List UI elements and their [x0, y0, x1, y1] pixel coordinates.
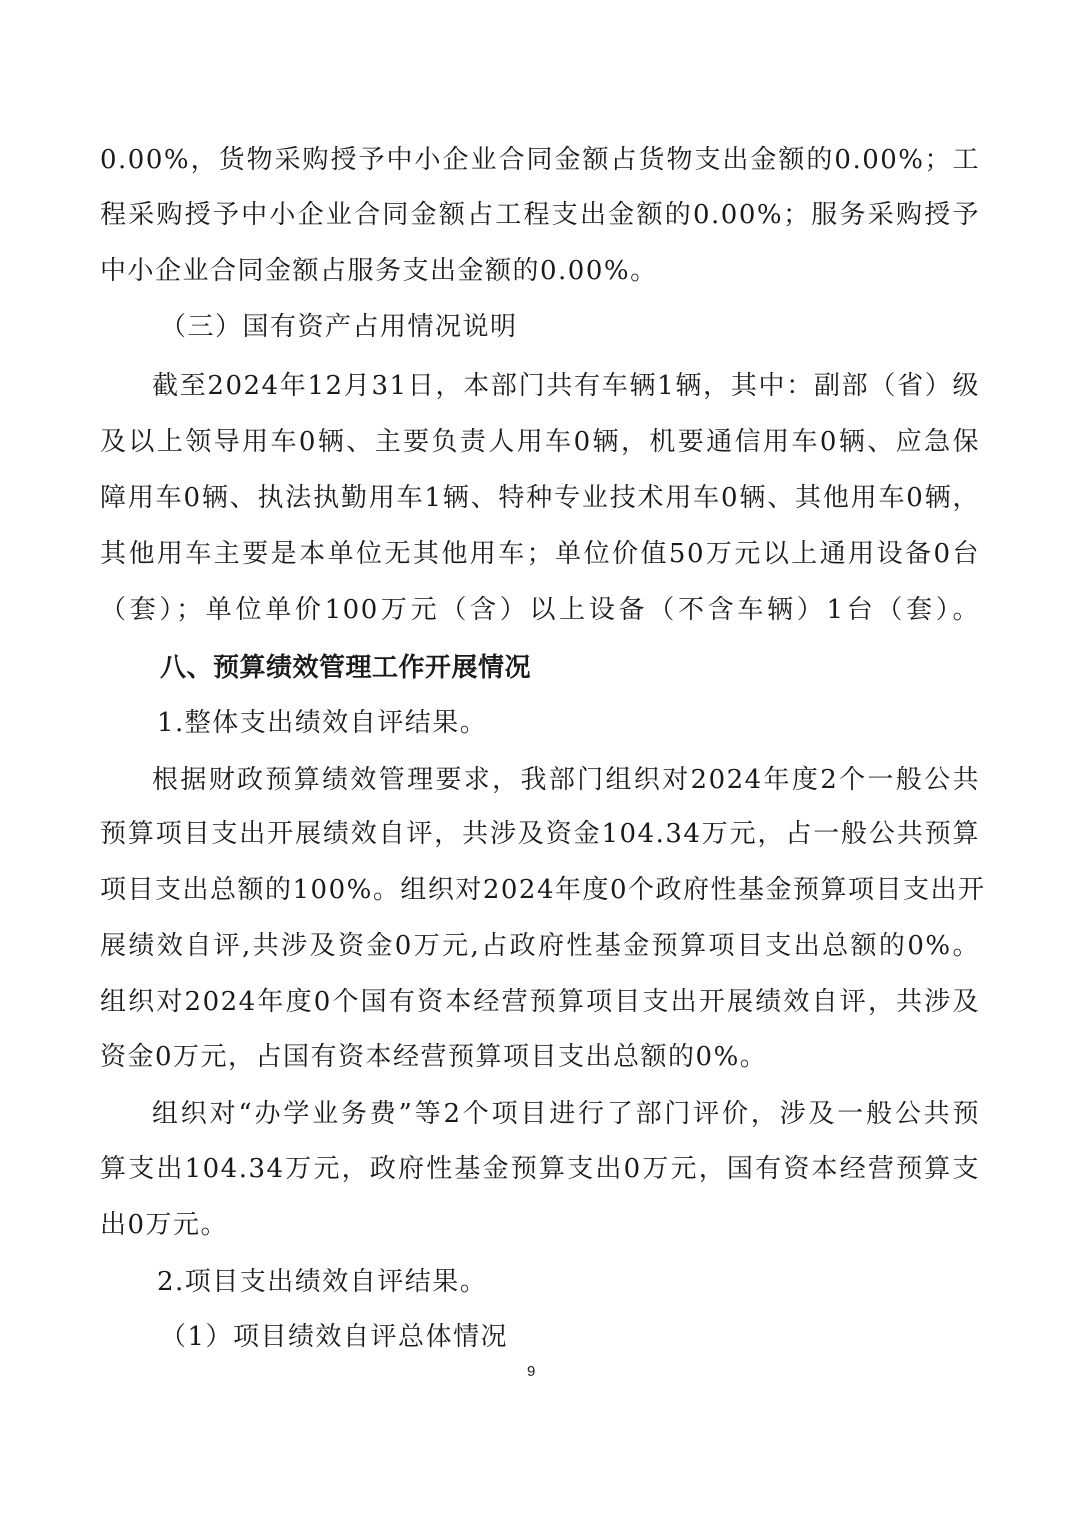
- text-line: （套）；单位单价100万元（含）以上设备（不含车辆）1台（套）。: [100, 593, 980, 627]
- text-line: 程采购授予中小企业合同金额占工程支出金额的0.00%；服务采购授予: [100, 198, 980, 232]
- section-subheading: （三）国有资产占用情况说明: [160, 310, 1040, 344]
- text-line: 出0万元。: [100, 1208, 980, 1242]
- text-line: 障用车0辆、执法执勤用车1辆、特种专业技术用车0辆、其他用车0辆，: [100, 481, 980, 515]
- text-line: 项目支出总额的100%。组织对2024年度0个政府性基金预算项目支出开: [100, 873, 980, 907]
- text-line: 算支出104.34万元，政府性基金预算支出0万元，国有资本经营预算支: [100, 1152, 980, 1186]
- text-line: 预算项目支出开展绩效自评，共涉及资金104.34万元，占一般公共预算: [100, 817, 980, 851]
- text-line: 其他用车主要是本单位无其他用车；单位价值50万元以上通用设备0台: [100, 537, 980, 571]
- document-page: 0.00%，货物采购授予中小企业合同金额占货物支出金额的0.00%；工 程采购授…: [0, 0, 1074, 1520]
- text-line: 根据财政预算绩效管理要求，我部门组织对2024年度2个一般公共: [152, 763, 980, 797]
- text-line: 展绩效自评,共涉及资金0万元,占政府性基金预算项目支出总额的0%。: [100, 929, 980, 963]
- text-line: 组织对“办学业务费”等2个项目进行了部门评价，涉及一般公共预: [152, 1097, 980, 1131]
- text-line: 资金0万元，占国有资本经营预算项目支出总额的0%。: [100, 1040, 980, 1074]
- text-line: 中小企业合同金额占服务支出金额的0.00%。: [100, 254, 980, 288]
- numbered-subheading: （1）项目绩效自评总体情况: [160, 1320, 1040, 1354]
- section-heading: 八、预算绩效管理工作开展情况: [160, 651, 1040, 685]
- numbered-subheading: 2.项目支出绩效自评结果。: [157, 1265, 1037, 1299]
- text-line: 及以上领导用车0辆、主要负责人用车0辆，机要通信用车0辆、应急保: [100, 425, 980, 459]
- page-number: 9: [527, 1363, 535, 1380]
- text-line: 截至2024年12月31日，本部门共有车辆1辆，其中：副部（省）级: [152, 369, 980, 403]
- text-line: 0.00%，货物采购授予中小企业合同金额占货物支出金额的0.00%；工: [100, 143, 980, 177]
- numbered-subheading: 1.整体支出绩效自评结果。: [157, 706, 1037, 740]
- text-line: 组织对2024年度0个国有资本经营预算项目支出开展绩效自评，共涉及: [100, 985, 980, 1019]
